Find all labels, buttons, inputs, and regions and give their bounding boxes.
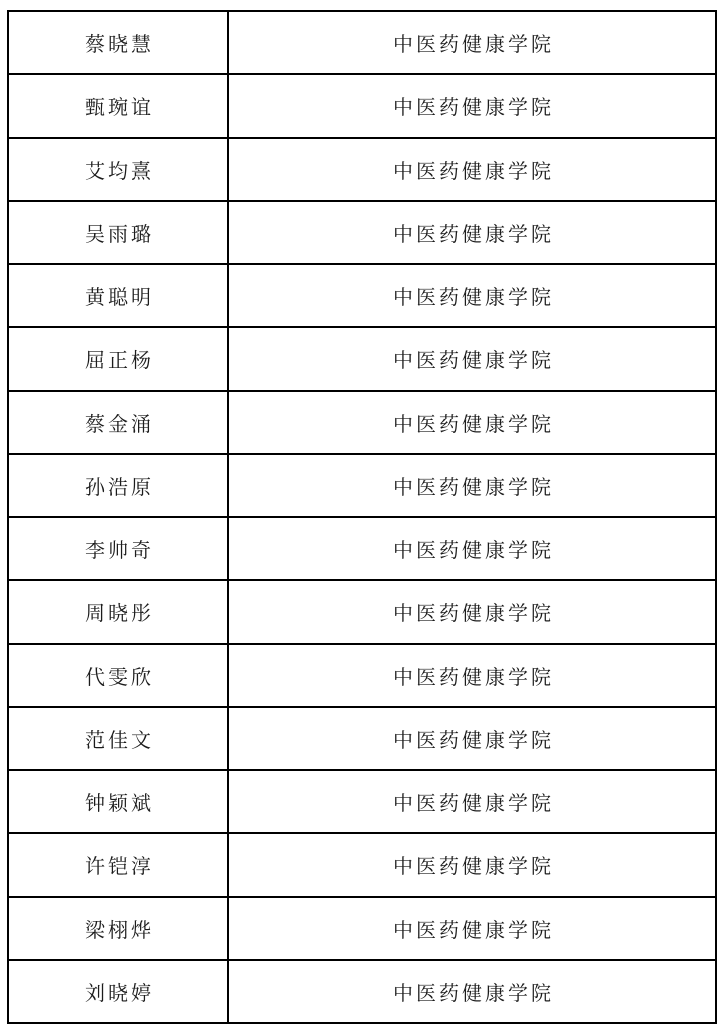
table-row: 代雯欣 中医药健康学院 [8, 644, 716, 707]
student-name-cell: 甄琬谊 [8, 74, 228, 137]
table-row: 蔡金涌 中医药健康学院 [8, 391, 716, 454]
college-name-cell: 中医药健康学院 [228, 201, 716, 264]
table-row: 许铠淳 中医药健康学院 [8, 833, 716, 896]
college-name-cell: 中医药健康学院 [228, 833, 716, 896]
college-name-cell: 中医药健康学院 [228, 264, 716, 327]
student-name-cell: 钟颖斌 [8, 770, 228, 833]
table-row: 梁栩烨 中医药健康学院 [8, 897, 716, 960]
table-body: 蔡晓慧 中医药健康学院 甄琬谊 中医药健康学院 艾均熹 中医药健康学院 吴雨璐 … [8, 11, 716, 1023]
student-name-cell: 吴雨璐 [8, 201, 228, 264]
student-name-cell: 许铠淳 [8, 833, 228, 896]
table-row: 吴雨璐 中医药健康学院 [8, 201, 716, 264]
table-row: 蔡晓慧 中医药健康学院 [8, 11, 716, 74]
table-row: 李帅奇 中医药健康学院 [8, 517, 716, 580]
college-name-cell: 中医药健康学院 [228, 897, 716, 960]
student-name-cell: 孙浩原 [8, 454, 228, 517]
table-row: 艾均熹 中医药健康学院 [8, 138, 716, 201]
table-row: 范佳文 中医药健康学院 [8, 707, 716, 770]
student-name-cell: 范佳文 [8, 707, 228, 770]
college-name-cell: 中医药健康学院 [228, 644, 716, 707]
student-name-cell: 代雯欣 [8, 644, 228, 707]
table-row: 甄琬谊 中医药健康学院 [8, 74, 716, 137]
student-name-cell: 李帅奇 [8, 517, 228, 580]
table-row: 黄聪明 中医药健康学院 [8, 264, 716, 327]
table-row: 周晓彤 中医药健康学院 [8, 580, 716, 643]
student-name-cell: 黄聪明 [8, 264, 228, 327]
student-name-cell: 艾均熹 [8, 138, 228, 201]
college-name-cell: 中医药健康学院 [228, 454, 716, 517]
student-name-cell: 梁栩烨 [8, 897, 228, 960]
student-name-cell: 周晓彤 [8, 580, 228, 643]
student-college-table: 蔡晓慧 中医药健康学院 甄琬谊 中医药健康学院 艾均熹 中医药健康学院 吴雨璐 … [7, 10, 717, 1024]
college-name-cell: 中医药健康学院 [228, 580, 716, 643]
college-name-cell: 中医药健康学院 [228, 391, 716, 454]
table-row: 屈正杨 中医药健康学院 [8, 327, 716, 390]
college-name-cell: 中医药健康学院 [228, 74, 716, 137]
college-name-cell: 中医药健康学院 [228, 770, 716, 833]
college-name-cell: 中医药健康学院 [228, 327, 716, 390]
college-name-cell: 中医药健康学院 [228, 707, 716, 770]
table-row: 刘晓婷 中医药健康学院 [8, 960, 716, 1023]
table-row: 钟颖斌 中医药健康学院 [8, 770, 716, 833]
table-row: 孙浩原 中医药健康学院 [8, 454, 716, 517]
college-name-cell: 中医药健康学院 [228, 138, 716, 201]
college-name-cell: 中医药健康学院 [228, 960, 716, 1023]
document-page: 蔡晓慧 中医药健康学院 甄琬谊 中医药健康学院 艾均熹 中医药健康学院 吴雨璐 … [0, 0, 722, 1034]
student-name-cell: 蔡金涌 [8, 391, 228, 454]
student-name-cell: 蔡晓慧 [8, 11, 228, 74]
college-name-cell: 中医药健康学院 [228, 11, 716, 74]
college-name-cell: 中医药健康学院 [228, 517, 716, 580]
student-name-cell: 刘晓婷 [8, 960, 228, 1023]
student-name-cell: 屈正杨 [8, 327, 228, 390]
